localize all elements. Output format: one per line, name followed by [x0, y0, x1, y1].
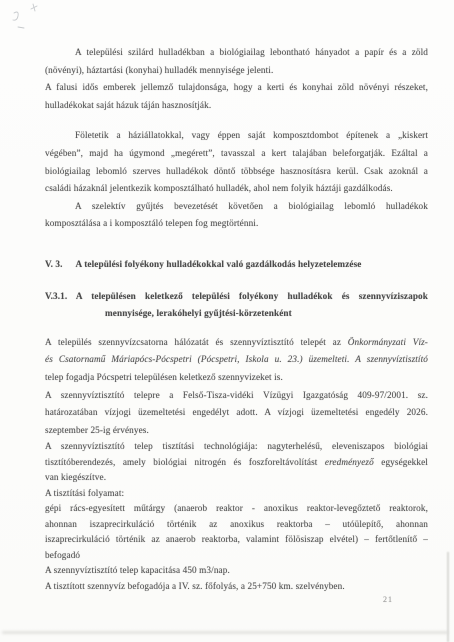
text-line: A szennyvíztisztító telep tisztítási tec… [45, 439, 428, 455]
text-run-italic: Önkormányzati Víz- [348, 337, 428, 347]
handwritten-pencil-mark [6, 2, 56, 38]
paragraph: A szennyvíztisztító telep kapacitása 450… [45, 563, 428, 579]
document-page: A települési szilárd hulladékban a bioló… [0, 0, 454, 642]
page-number: 21 [383, 595, 393, 604]
text-line: A tisztítási folyamat: [45, 486, 428, 502]
text-line: A szennyvíztisztító telep kapacitása 450… [45, 563, 428, 579]
paragraph: Föletetik a háziállatokkal, vagy éppen s… [45, 127, 428, 197]
text-line: biológiailag lebomló szerves hulladékok … [45, 163, 428, 181]
paragraph: A szennyvíztisztító telep tisztítási tec… [45, 439, 428, 486]
text-run-italic: eredményező [325, 457, 374, 467]
text-line: A települési szilárd hulladékban a bioló… [45, 44, 428, 62]
text-line: hulladékokat saját házuk táján hasznosít… [45, 97, 428, 115]
text-line: A tisztított szennyvíz befogadója a IV. … [45, 579, 428, 595]
section-title: A települési folyékony hulladékokkal val… [76, 259, 362, 269]
heading-line: mennyisége, lerakóhelyi gyűjtési-körzete… [45, 305, 428, 323]
text-line: A szennyvíztisztító telepre a Felső-Tisz… [45, 387, 428, 405]
paragraph: A szennyvíztisztító telepre a Felső-Tisz… [45, 387, 428, 440]
paragraph: gépi rács-egyesített műtárgy (anaerob re… [45, 501, 428, 563]
text-line: és Csatornamű Máriapócs-Pócspetri (Pócsp… [45, 351, 428, 369]
text-line: Föletetik a háziállatokkal, vagy éppen s… [45, 127, 428, 145]
text-line: komposztálása a i komposztáló telepen fo… [45, 215, 428, 233]
text-run: tisztítóberendezés, amely biológiai nitr… [45, 457, 325, 467]
heading-line: V.3.1. A településen keletkező település… [45, 288, 428, 306]
text-line: A szelektív gyűjtés bevezetését követően… [45, 198, 428, 216]
paragraph: A falusi idős emberek jellemző tulajdons… [45, 79, 428, 114]
section-heading-v3: V. 3.A települési folyékony hulladékokka… [45, 256, 428, 274]
text-line: iszaprecirkuláció történik az anaerob re… [45, 532, 428, 548]
heading-line: V. 3.A települési folyékony hulladékokka… [45, 256, 428, 274]
paragraph: A település szennyvízcsatorna hálózatát … [45, 334, 428, 387]
text-line: A település szennyvízcsatorna hálózatát … [45, 334, 428, 352]
text-line: A falusi idős emberek jellemző tulajdons… [45, 79, 428, 97]
paragraph: A tisztítási folyamat: [45, 486, 428, 502]
paragraph: A tisztított szennyvíz befogadója a IV. … [45, 579, 428, 595]
text-line: van kiegészítve. [45, 470, 428, 486]
section-number: V. 3. [45, 256, 63, 274]
paragraph: A települési szilárd hulladékban a bioló… [45, 44, 428, 79]
paragraph: A szelektív gyűjtés bevezetését követően… [45, 198, 428, 233]
text-line: gépi rács-egyesített műtárgy (anaerob re… [45, 501, 428, 517]
text-line: határozatában vízjogi üzemeltetési enged… [45, 404, 428, 422]
text-line: (növényi), háztartási (konyhai) hulladék… [45, 62, 428, 80]
scan-artifact-bottom [2, 631, 448, 634]
subsection-heading-v31: V.3.1. A településen keletkező település… [45, 288, 428, 323]
document-text-block: A települési szilárd hulladékban a bioló… [45, 38, 428, 594]
text-run: egységekkel [374, 457, 428, 467]
scan-artifact-right-edge [447, 552, 449, 642]
text-line: családi házaknál jelentkezik komposztálh… [45, 180, 428, 198]
text-run: A település szennyvízcsatorna hálózatát … [45, 337, 348, 347]
text-line: telep fogadja Pócspetri településen kele… [45, 369, 428, 387]
text-line: végében”, majd ha úgymond „megérett”, ta… [45, 145, 428, 163]
text-line: tisztítóberendezés, amely biológiai nitr… [45, 455, 428, 471]
text-line: ahonnan iszaprecirkuláció történik az an… [45, 517, 428, 533]
text-line: szeptember 25-ig érvényes. [45, 422, 428, 440]
text-line: befogadó [45, 548, 428, 564]
